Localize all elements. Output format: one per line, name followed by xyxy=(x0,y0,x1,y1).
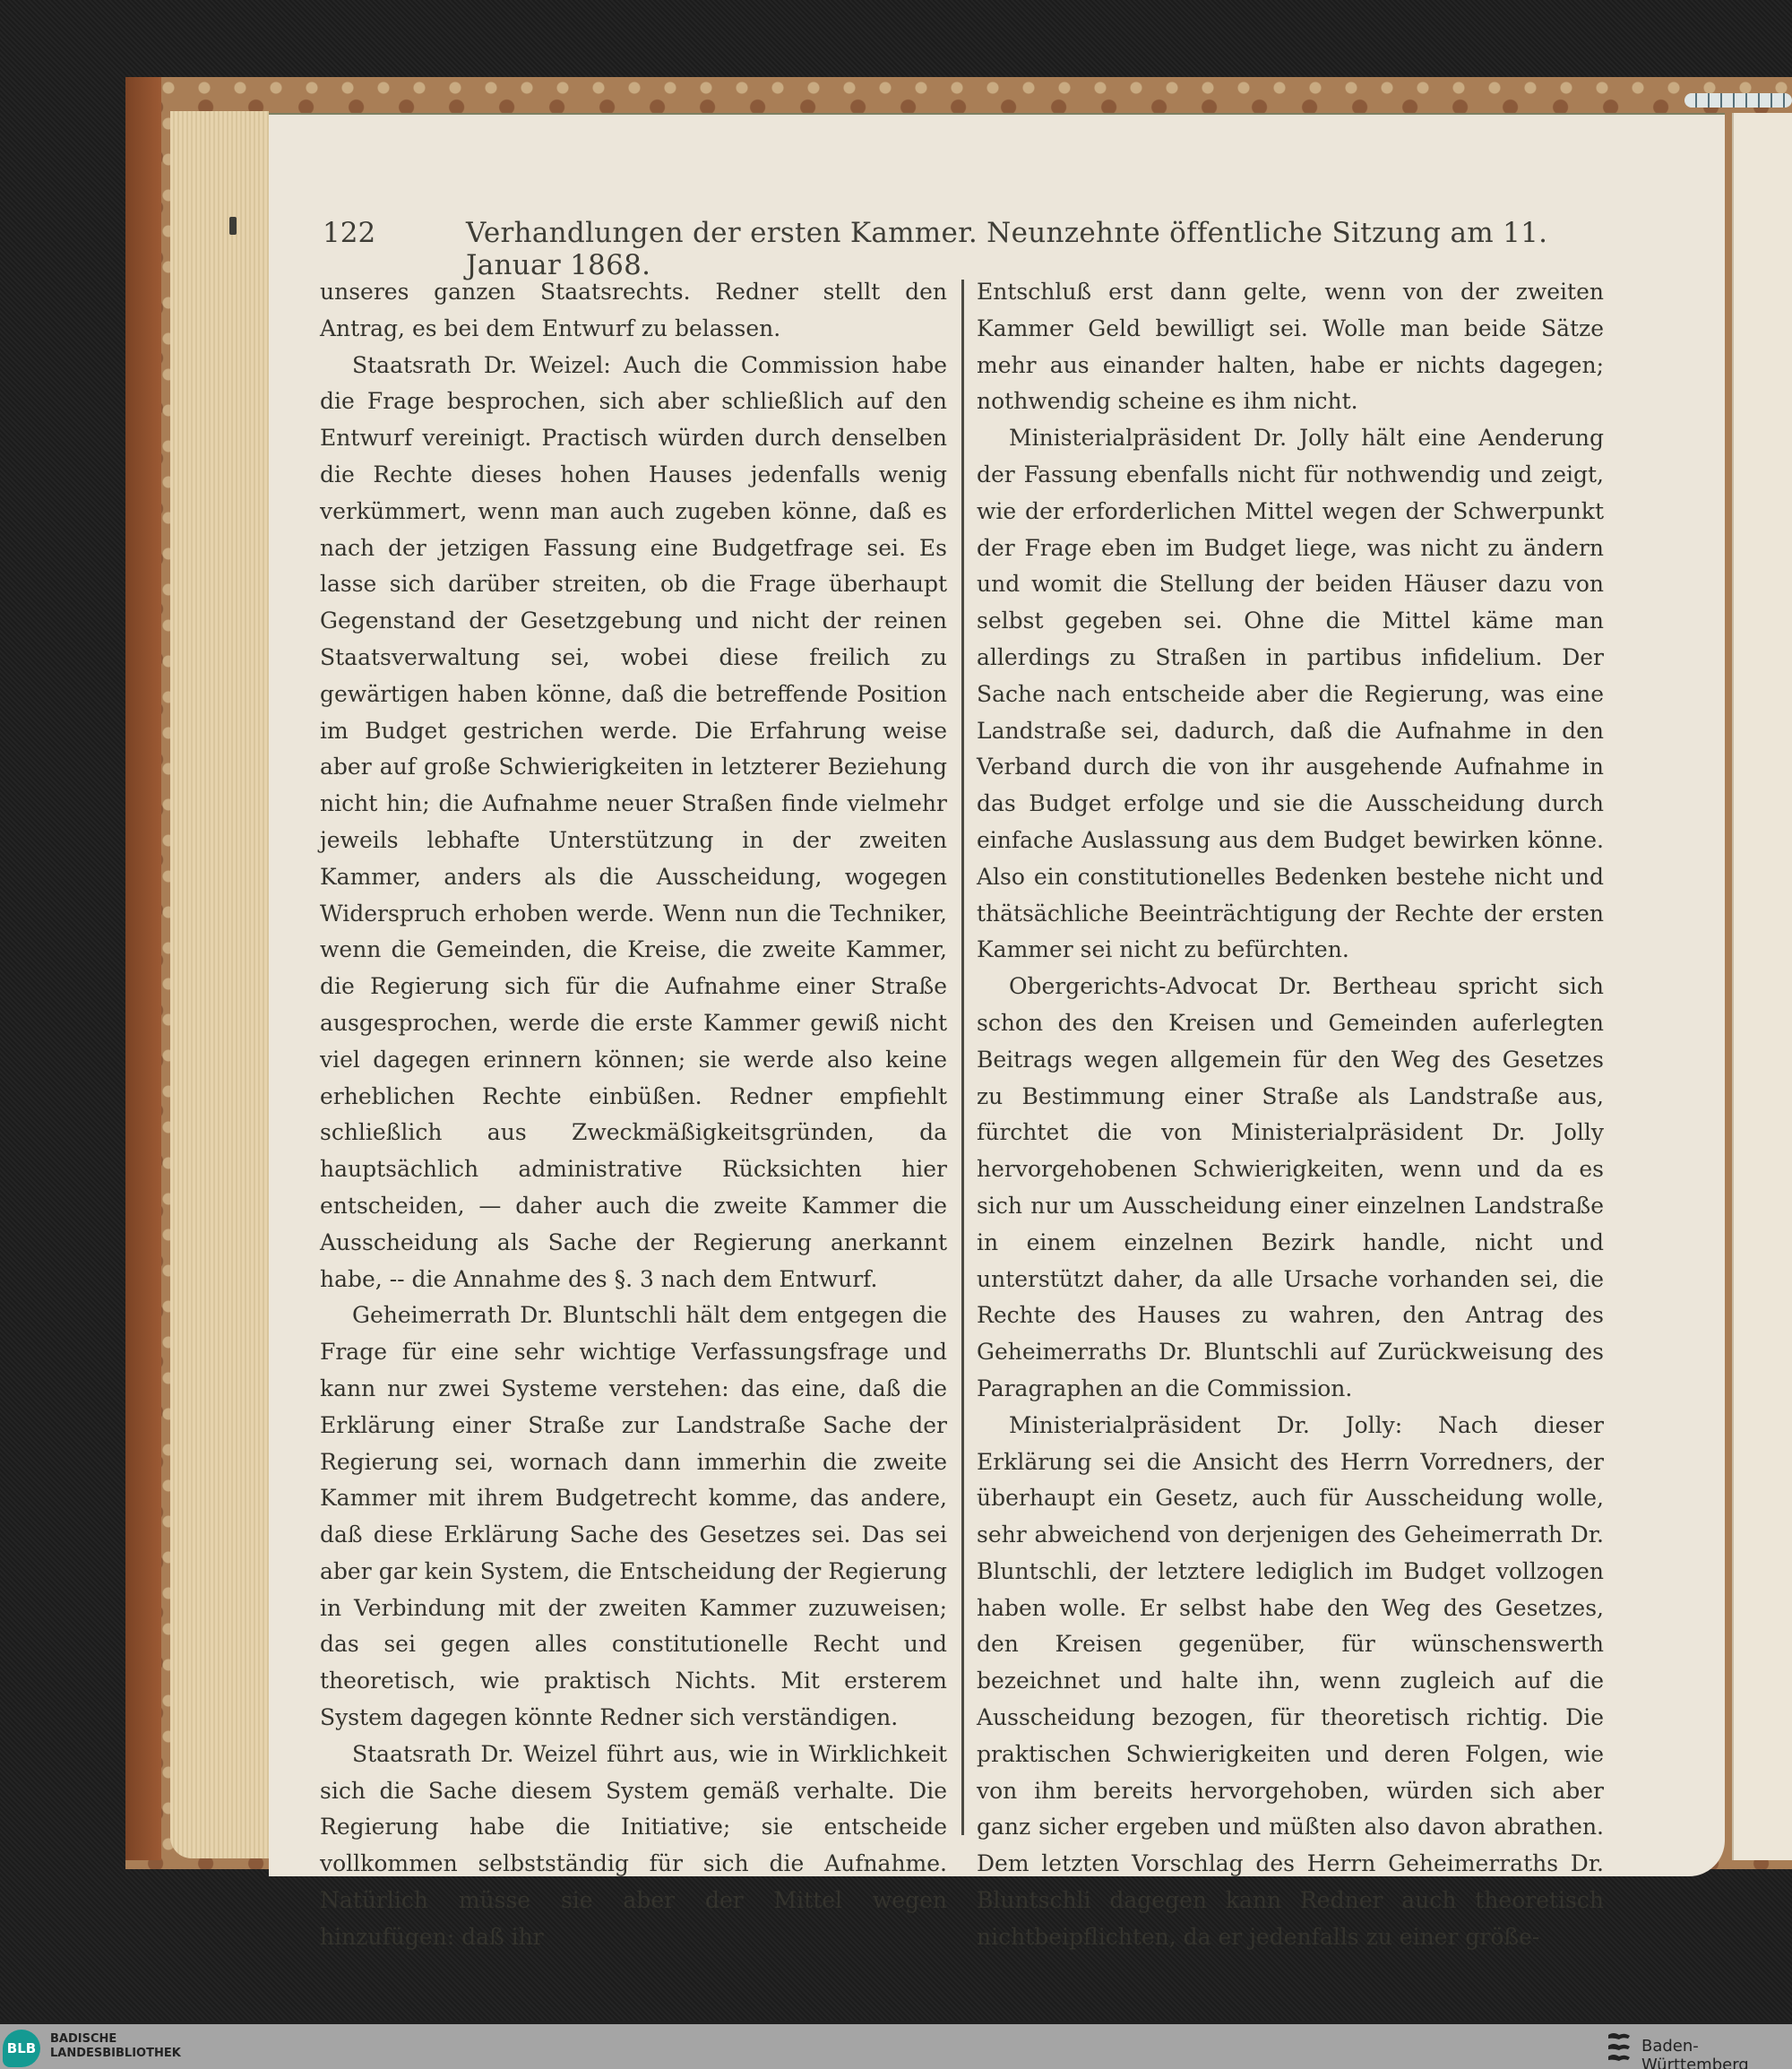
paragraph: Staatsrath Dr. Weizel: Auch die Commissi… xyxy=(320,348,947,1298)
baden-wuerttemberg-lions-icon xyxy=(1606,2030,1633,2065)
running-header: 122 Verhandlungen der ersten Kammer. Neu… xyxy=(323,217,1613,256)
page-edge-stack xyxy=(170,111,269,1858)
paragraph: Ministerialpräsident Dr. Jolly: Nach die… xyxy=(977,1408,1604,1956)
library-name[interactable]: BADISCHE LANDESBIBLIOTHEK xyxy=(50,2032,181,2061)
footer-bar: BLB BADISCHE LANDESBIBLIOTHEK Baden-Würt… xyxy=(0,2024,1792,2069)
next-page-edge xyxy=(1732,113,1792,1860)
state-name[interactable]: Baden-Württemberg xyxy=(1641,2037,1792,2069)
text-column-left: unseres ganzen Staatsrechts. Redner stel… xyxy=(320,274,947,1956)
library-name-line2: LANDESBIBLIOTHEK xyxy=(50,2047,181,2061)
binding-mark xyxy=(229,217,237,235)
paragraph: Ministerialpräsident Dr. Jolly hält eine… xyxy=(977,420,1604,969)
paragraph: Entschluß erst dann gelte, wenn von der … xyxy=(977,274,1604,420)
text-column-right: Entschluß erst dann gelte, wenn von der … xyxy=(977,274,1604,1956)
running-title: Verhandlungen der ersten Kammer. Neunzeh… xyxy=(466,217,1613,281)
paragraph: unseres ganzen Staatsrechts. Redner stel… xyxy=(320,274,947,348)
paragraph: Staatsrath Dr. Weizel führt aus, wie in … xyxy=(320,1737,947,1956)
column-divider xyxy=(961,280,964,1835)
book-headband xyxy=(1684,93,1792,108)
page-number: 122 xyxy=(323,217,375,249)
paragraph: Obergerichts-Advocat Dr. Bertheau sprich… xyxy=(977,969,1604,1408)
library-name-line1: BADISCHE xyxy=(50,2032,181,2047)
blb-logo-icon[interactable]: BLB xyxy=(3,2030,40,2067)
leather-spine-corner xyxy=(125,77,161,1860)
paragraph: Geheimerrath Dr. Bluntschli hält dem ent… xyxy=(320,1297,947,1737)
